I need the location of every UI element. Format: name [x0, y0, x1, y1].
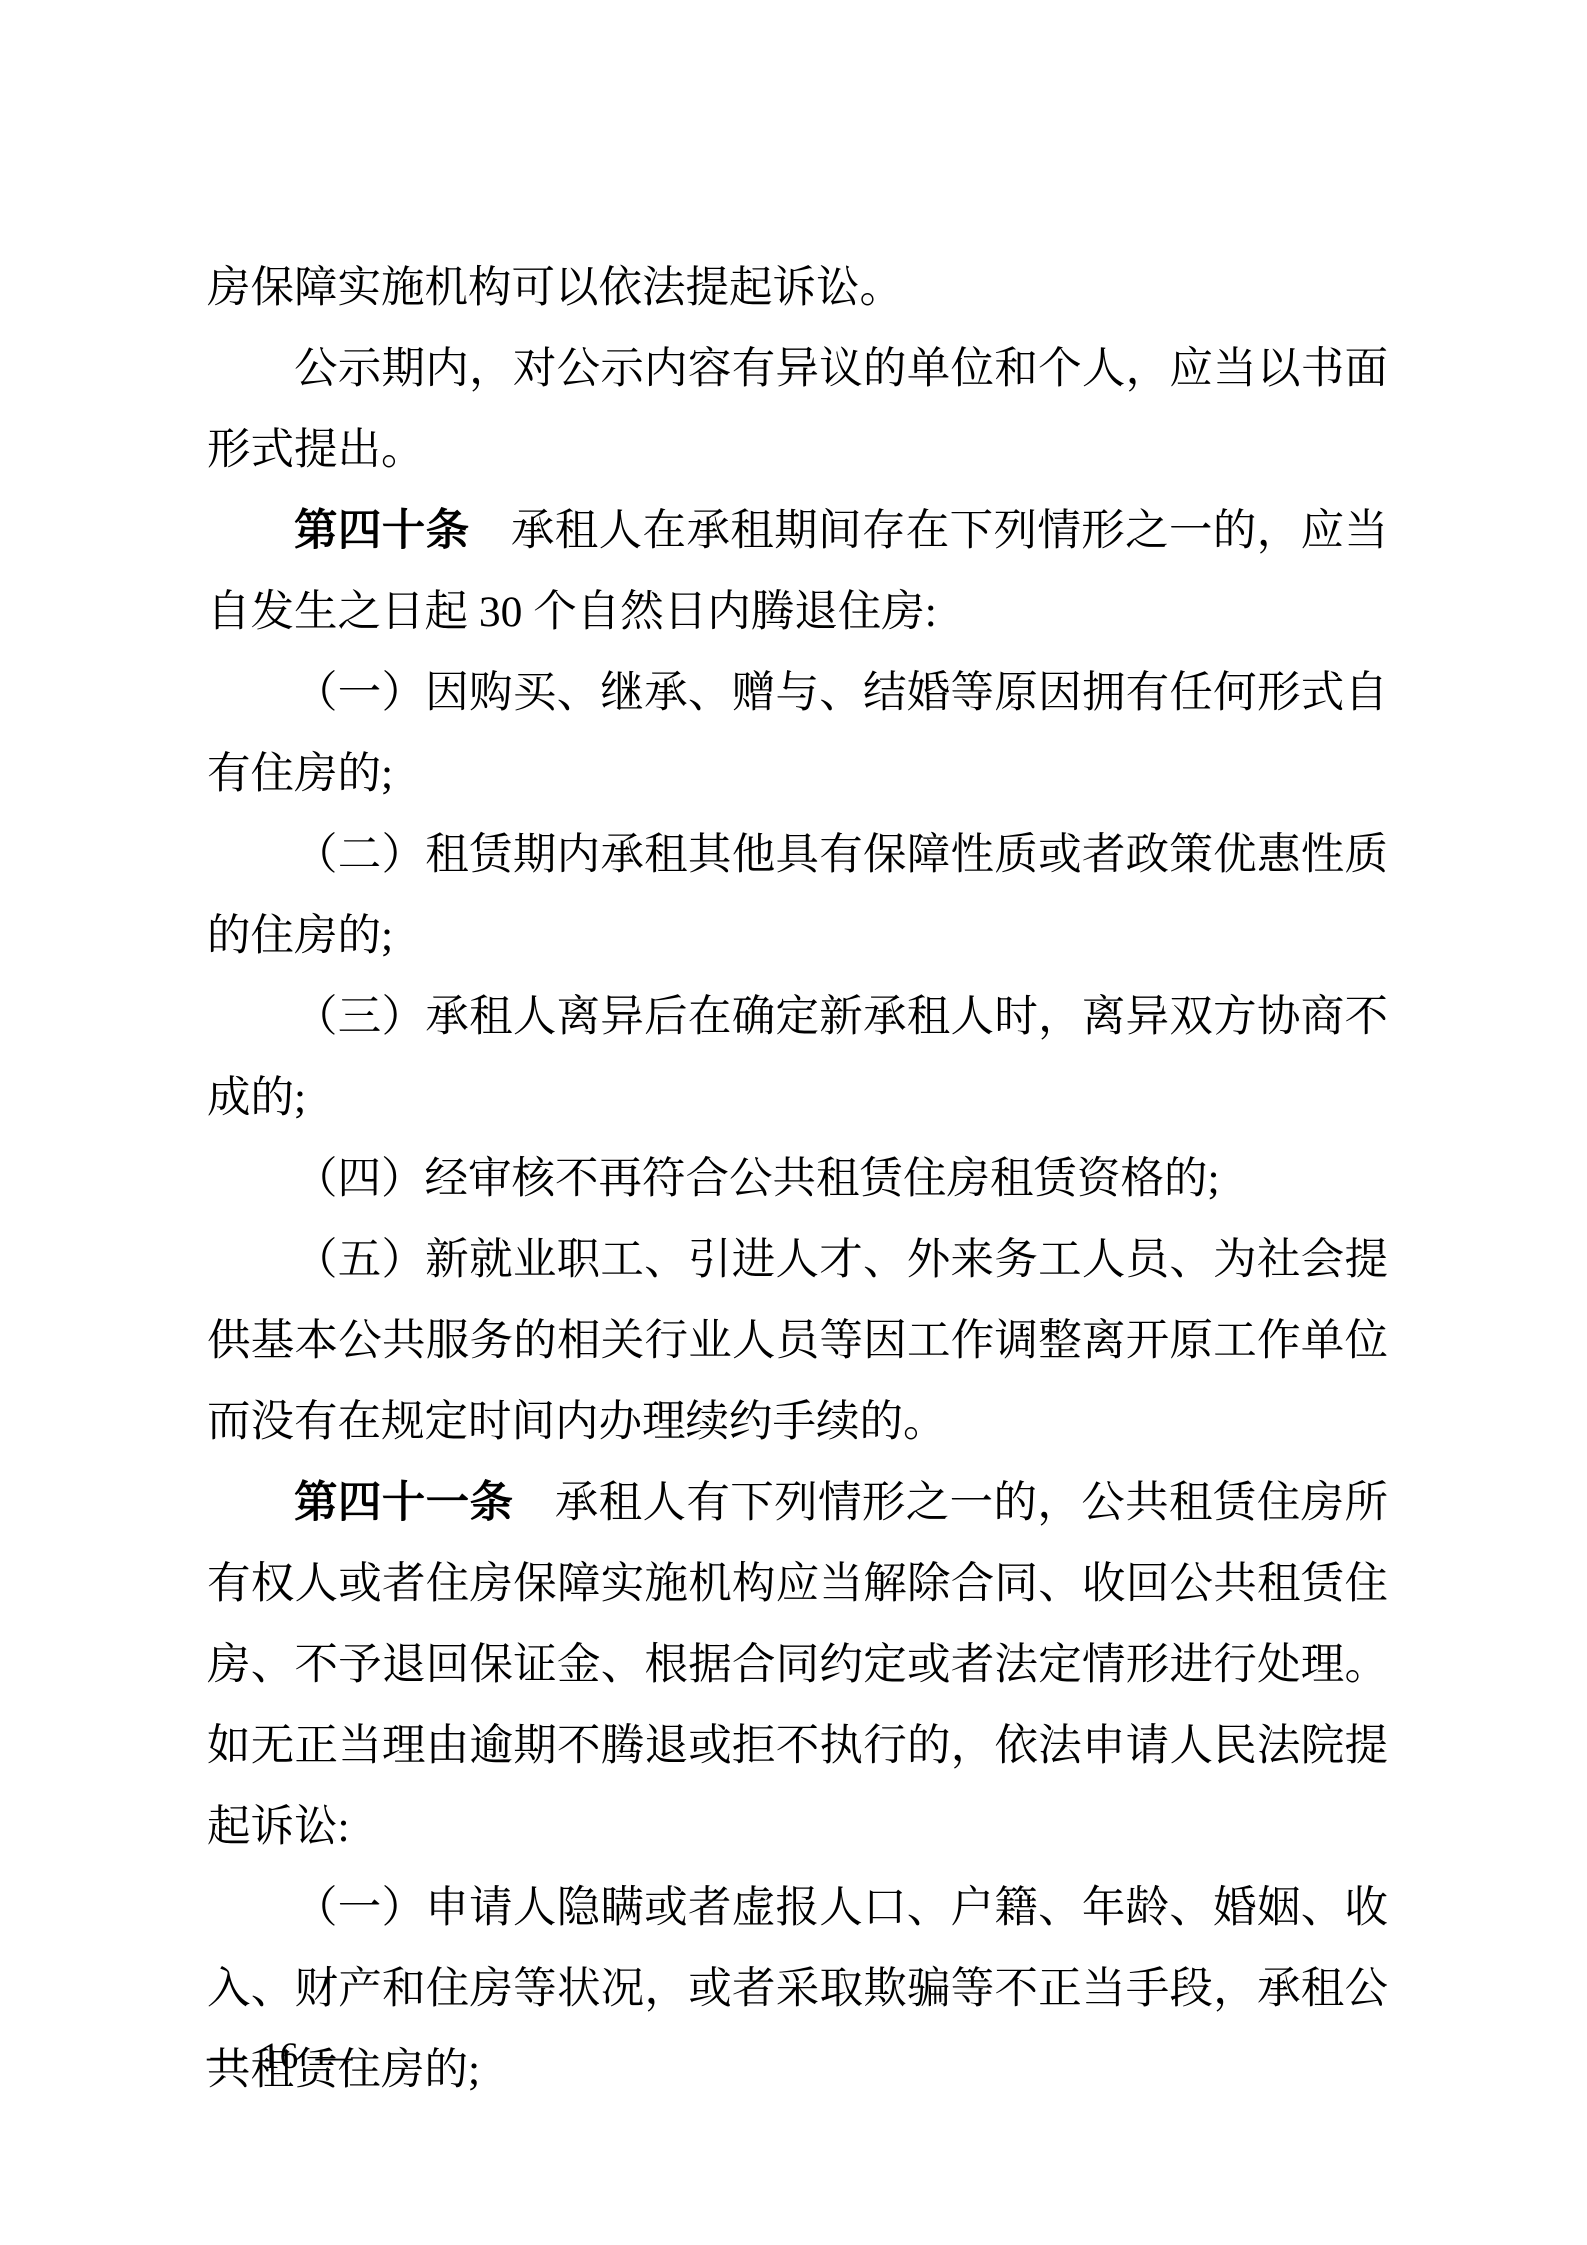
paragraph-text: （一）申请人隐瞒或者虚报人口、户籍、年龄、婚姻、收入、财产和住房等状况，或者采取… — [207, 1884, 1388, 2094]
paragraph-text: （三）承租人离异后在确定新承租人时，离异双方协商不成的; — [207, 993, 1388, 1122]
paragraph: （三）承租人离异后在确定新承租人时，离异双方协商不成的; — [207, 977, 1388, 1139]
paragraph-text: 公示期内，对公示内容有异议的单位和个人，应当以书面形式提出。 — [207, 345, 1388, 474]
page-number: — 16 — — [207, 2036, 353, 2077]
paragraph-text: （五）新就业职工、引进人才、外来务工人员、为社会提供基本公共服务的相关行业人员等… — [207, 1236, 1388, 1446]
paragraph: 第四十一条承租人有下列情形之一的，公共租赁住房所有权人或者住房保障实施机构应当解… — [207, 1463, 1388, 1868]
paragraph: （四）经审核不再符合公共租赁住房租赁资格的; — [207, 1139, 1388, 1220]
paragraph: （一）因购买、继承、赠与、结婚等原因拥有任何形式自有住房的; — [207, 653, 1388, 815]
paragraph-text: 承租人有下列情形之一的，公共租赁住房所有权人或者住房保障实施机构应当解除合同、收… — [207, 1479, 1388, 1851]
article-number-label: 第四十条 — [294, 507, 470, 555]
paragraph: （五）新就业职工、引进人才、外来务工人员、为社会提供基本公共服务的相关行业人员等… — [207, 1220, 1388, 1463]
paragraph: 第四十条承租人在承租期间存在下列情形之一的，应当自发生之日起 30 个自然日内腾… — [207, 491, 1388, 653]
document-page: 房保障实施机构可以依法提起诉讼。 公示期内，对公示内容有异议的单位和个人，应当以… — [0, 0, 1587, 2245]
paragraph-text: （二）租赁期内承租其他具有保障性质或者政策优惠性质的住房的; — [207, 831, 1388, 960]
paragraph: 房保障实施机构可以依法提起诉讼。 — [207, 248, 1388, 329]
paragraph-text: （四）经审核不再符合公共租赁住房租赁资格的; — [294, 1155, 1220, 1203]
paragraph: （二）租赁期内承租其他具有保障性质或者政策优惠性质的住房的; — [207, 815, 1388, 977]
article-number-label: 第四十一条 — [294, 1479, 513, 1527]
document-body: 房保障实施机构可以依法提起诉讼。 公示期内，对公示内容有异议的单位和个人，应当以… — [207, 248, 1388, 2111]
paragraph-text: （一）因购买、继承、赠与、结婚等原因拥有任何形式自有住房的; — [207, 669, 1388, 798]
paragraph-text: 房保障实施机构可以依法提起诉讼。 — [207, 264, 903, 312]
paragraph: （一）申请人隐瞒或者虚报人口、户籍、年龄、婚姻、收入、财产和住房等状况，或者采取… — [207, 1868, 1388, 2111]
page-footer: — 16 — — [207, 2036, 353, 2078]
paragraph: 公示期内，对公示内容有异议的单位和个人，应当以书面形式提出。 — [207, 329, 1388, 491]
